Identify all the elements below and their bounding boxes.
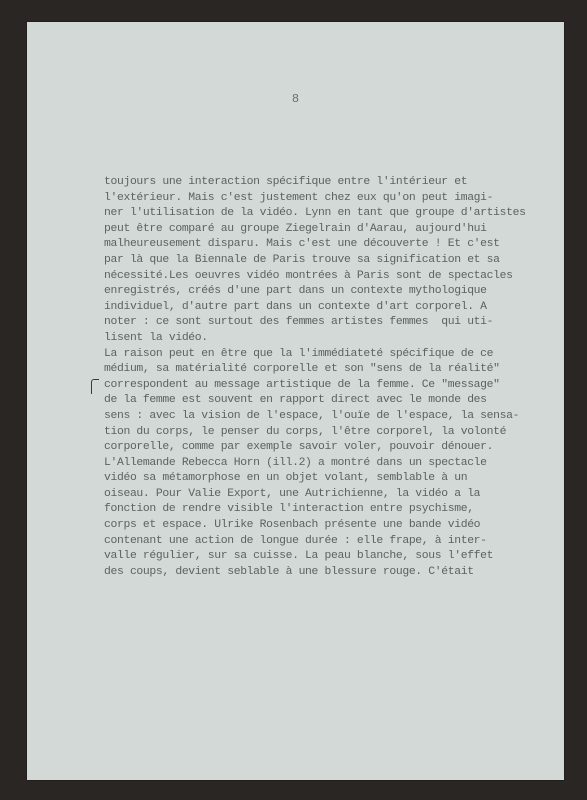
text-line: La raison peut en être que la l'immédiat… (104, 347, 526, 363)
body-text: toujours une interaction spécifique entr… (104, 175, 526, 580)
text-line: peut être comparé au groupe Ziegelrain d… (104, 222, 526, 238)
text-line: correspondent au message artistique de l… (104, 378, 526, 394)
text-line: médium, sa matérialité corporelle et son… (104, 362, 526, 378)
text-line: L'Allemande Rebecca Horn (ill.2) a montr… (104, 456, 526, 472)
text-line: corps et espace. Ulrike Rosenbach présen… (104, 518, 526, 534)
text-line: corporelle, comme par exemple savoir vol… (104, 440, 526, 456)
page-number: 8 (27, 92, 564, 106)
text-line: nécessité.Les oeuvres vidéo montrées à P… (104, 269, 526, 285)
text-line: oiseau. Pour Valie Export, une Autrichie… (104, 487, 526, 503)
text-line: malheureusement disparu. Mais c'est une … (104, 237, 526, 253)
text-line: enregistrés, créés d'une part dans un co… (104, 284, 526, 300)
text-line: l'extérieur. Mais c'est justement chez e… (104, 191, 526, 207)
text-line: contenant une action de longue durée : e… (104, 534, 526, 550)
text-line: fonction de rendre visible l'interaction… (104, 502, 526, 518)
text-line: sens : avec la vision de l'espace, l'ouï… (104, 409, 526, 425)
text-line: tion du corps, le penser du corps, l'êtr… (104, 425, 526, 441)
text-line: de la femme est souvent en rapport direc… (104, 393, 526, 409)
paragraph-bracket-mark (91, 379, 99, 394)
text-line: individuel, d'autre part dans un context… (104, 300, 526, 316)
text-line: par là que la Biennale de Paris trouve s… (104, 253, 526, 269)
text-line: vidéo sa métamorphose en un objet volant… (104, 471, 526, 487)
text-line: lisent la vidéo. (104, 331, 526, 347)
document-page: 8 toujours une interaction spécifique en… (27, 22, 564, 780)
text-line: toujours une interaction spécifique entr… (104, 175, 526, 191)
text-line: valle régulier, sur sa cuisse. La peau b… (104, 549, 526, 565)
text-line: des coups, devient seblable à une blessu… (104, 565, 526, 581)
text-line: ner l'utilisation de la vidéo. Lynn en t… (104, 206, 526, 222)
text-line: noter : ce sont surtout des femmes artis… (104, 315, 526, 331)
